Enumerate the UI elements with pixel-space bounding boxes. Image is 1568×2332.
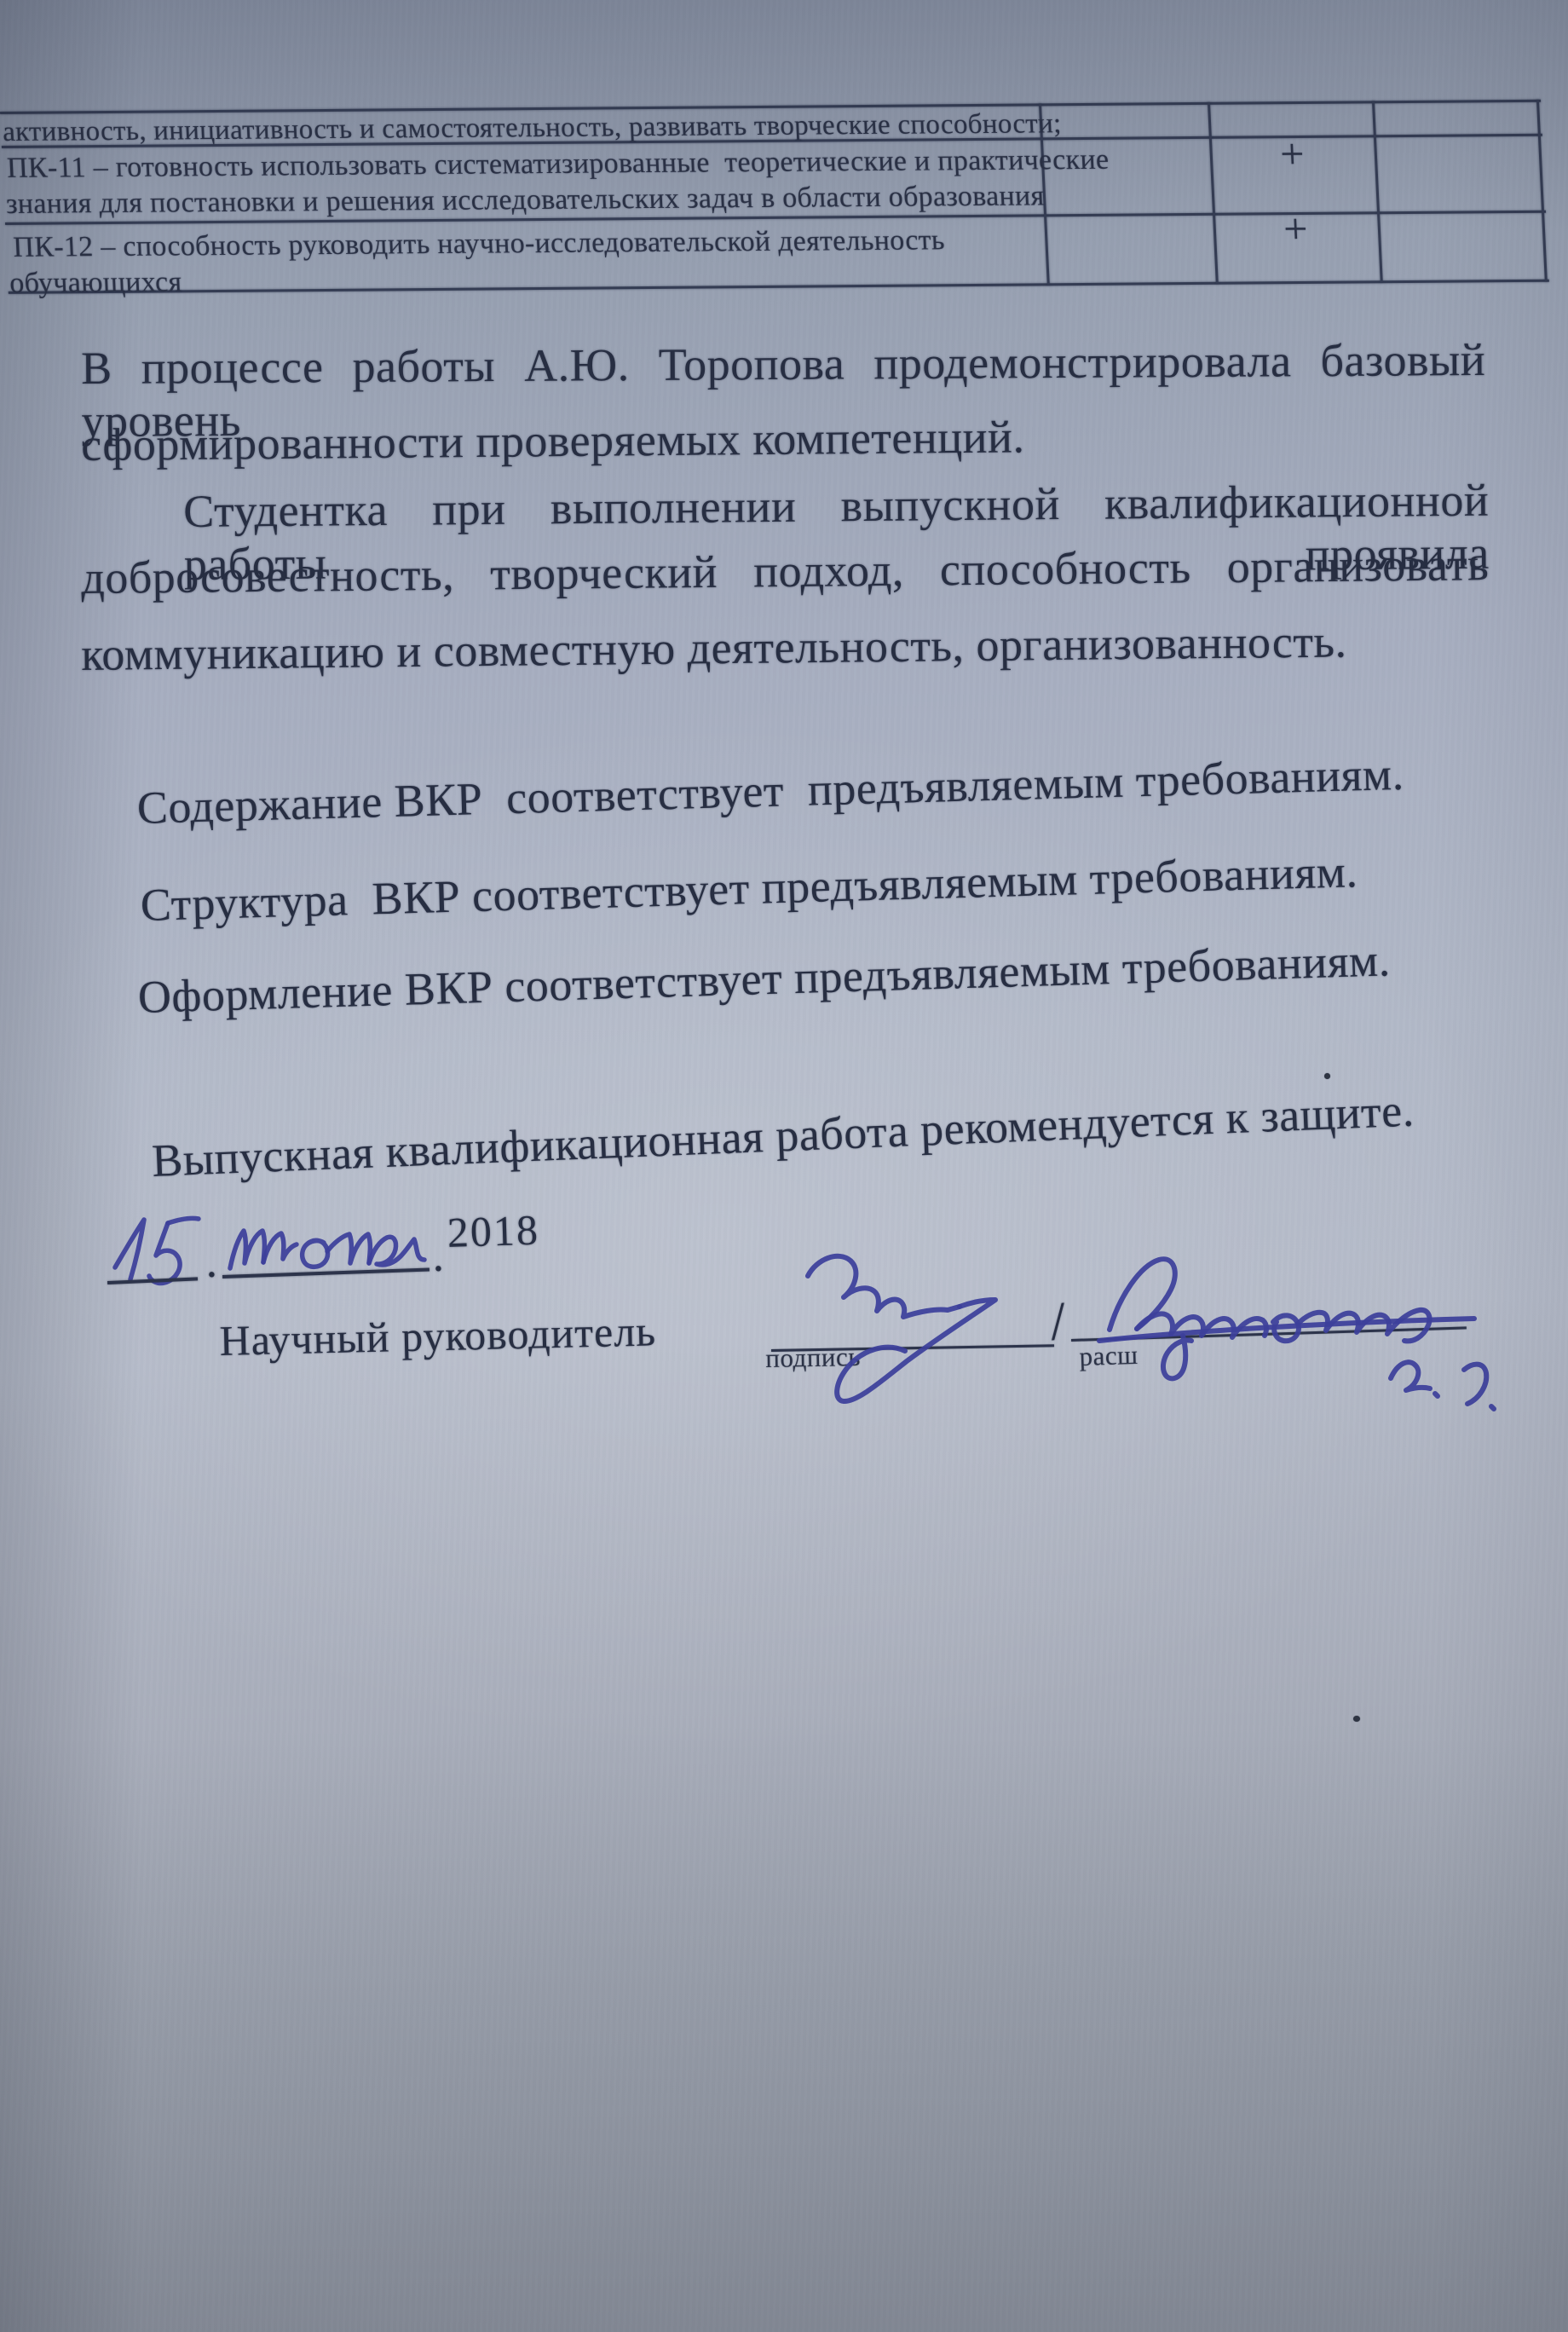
recommendation-line: Выпускная квалификационная работа рекоме… <box>151 1084 1415 1188</box>
date-dot-2: . <box>431 1229 445 1283</box>
row2-plus-mark: + <box>1209 131 1375 175</box>
paragraph1-line2: сформированности проверяемых компетенций… <box>81 410 1025 471</box>
table-row3-line1: ПК-12 – способность руководить научно-ис… <box>12 222 945 266</box>
table-column-line-2 <box>1208 102 1219 284</box>
table-border-right <box>1536 100 1548 281</box>
supervisor-role-label: Научный руководитель <box>219 1307 657 1365</box>
table-row3-line2: обучающихся <box>9 264 182 302</box>
row3-plus-mark: + <box>1213 206 1379 250</box>
table-border-bottom <box>9 280 1549 294</box>
statement-formatting: Оформление ВКР соответствует предъявляем… <box>137 933 1391 1024</box>
statement-structure: Структура ВКР соответствует предъявляемы… <box>140 845 1358 932</box>
supervisor-name-signature <box>1091 1232 1551 1428</box>
competency-table: активность, инициативность и самостоятел… <box>0 100 1553 295</box>
paragraph2-line3: коммуникацию и совместную деятельность, … <box>81 615 1347 681</box>
supervisor-signature <box>801 1240 1082 1453</box>
paper-speck-1 <box>1324 1073 1330 1079</box>
table-column-line-3 <box>1372 101 1383 282</box>
paper-speck-2 <box>1353 1716 1360 1722</box>
scanned-review-page: активность, инициативность и самостоятел… <box>0 0 1568 2332</box>
date-dot-1: . <box>205 1235 218 1289</box>
statement-content: Содержание ВКР соответствует предъявляем… <box>136 748 1404 834</box>
date-year: 2018 <box>447 1206 540 1258</box>
